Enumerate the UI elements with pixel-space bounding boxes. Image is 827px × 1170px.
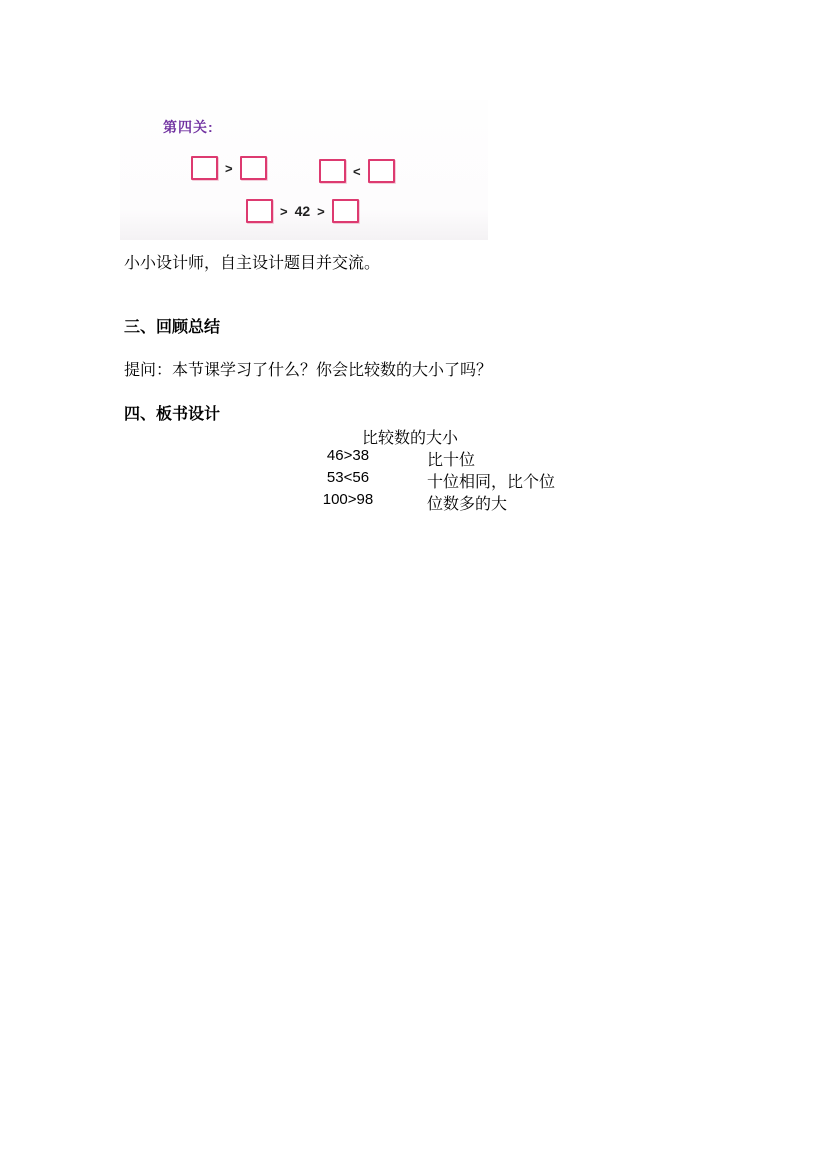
board-row: 53<56 十位相同，比个位: [0, 469, 827, 491]
design-prompt-paragraph: 小小设计师，自主设计题目并交流。: [124, 250, 380, 273]
greater-than-operator: >: [225, 161, 233, 176]
comparison-expression: 46>38: [300, 447, 396, 464]
board-row: 100>98 位数多的大: [0, 491, 827, 513]
comparison-rule-note: 十位相同，比个位: [427, 469, 555, 492]
less-than-operator: <: [353, 164, 361, 179]
given-number: 42: [295, 203, 311, 219]
answer-box: [240, 156, 267, 180]
answer-box: [191, 156, 218, 180]
answer-box: [246, 199, 273, 223]
comparison-exercise-2: <: [319, 159, 395, 183]
question-paragraph: 提问：本节课学习了什么？你会比较数的大小了吗？: [124, 357, 492, 380]
greater-than-operator: >: [317, 204, 325, 219]
answer-box: [319, 159, 346, 183]
review-summary-heading: 三、回顾总结: [124, 314, 220, 337]
board-design-heading: 四、板书设计: [124, 401, 220, 424]
comparison-expression: 53<56: [300, 469, 396, 486]
comparison-expression: 100>98: [300, 491, 396, 508]
board-row: 46>38 比十位: [0, 447, 827, 469]
board-design-rows: 46>38 比十位 53<56 十位相同，比个位 100>98 位数多的大: [0, 447, 827, 513]
comparison-rule-note: 位数多的大: [427, 491, 507, 514]
worksheet-figure: 第四关: > < > 42 >: [120, 100, 488, 240]
level-four-heading: 第四关:: [163, 117, 214, 137]
document-page: 第四关: > < > 42 > 小小设计师，自主设计题目并交流。 三、回顾总结 …: [0, 0, 827, 1170]
comparison-exercise-1: >: [191, 156, 267, 180]
answer-box: [368, 159, 395, 183]
answer-box: [332, 199, 359, 223]
comparison-rule-note: 比十位: [427, 447, 475, 470]
board-design-title: 比较数的大小: [362, 425, 458, 448]
comparison-exercise-3: > 42 >: [246, 199, 359, 223]
greater-than-operator: >: [280, 204, 288, 219]
